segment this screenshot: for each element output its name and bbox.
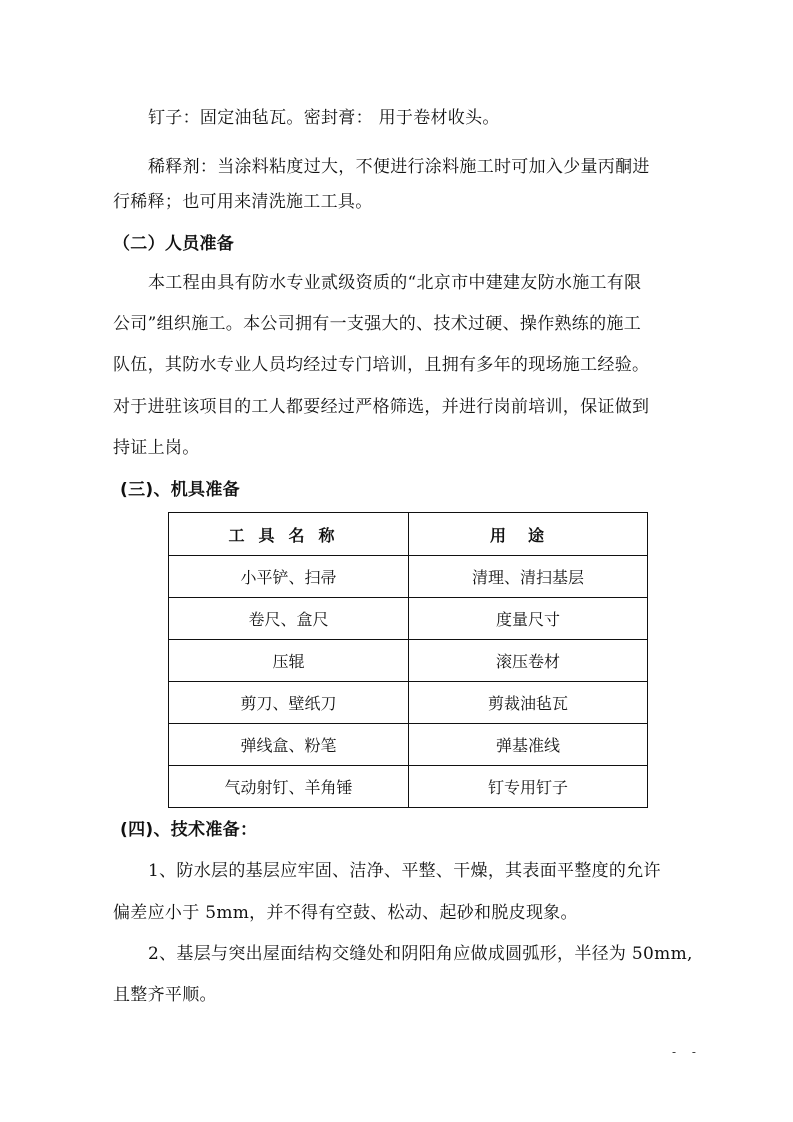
table-row: 压辊 滚压卷材 <box>169 640 648 682</box>
tool-name-cell: 弹线盒、粉笔 <box>169 724 409 766</box>
tool-name-cell: 气动射钉、羊角锤 <box>169 766 409 808</box>
section-heading-equipment: (三)、机具准备 <box>120 480 240 500</box>
paragraph-personnel-line5: 持证上岗。 <box>113 438 200 458</box>
table-row: 小平铲、扫帚 清理、清扫基层 <box>169 556 648 598</box>
tool-name-cell: 卷尺、盒尺 <box>169 598 409 640</box>
table-header-row: 工具名称 用途 <box>169 513 648 556</box>
equipment-table: 工具名称 用途 小平铲、扫帚 清理、清扫基层 卷尺、盒尺 度量尺寸 压辊 滚压卷… <box>168 512 648 808</box>
paragraph-tech1-line1: 1、防水层的基层应牢固、洁净、平整、干燥，其表面平整度的允许 <box>148 861 661 881</box>
section-heading-technical: (四)、技术准备： <box>120 820 257 840</box>
paragraph-personnel-line2: 公司”组织施工。本公司拥有一支强大的、技术过硬、操作熟练的施工 <box>113 314 641 334</box>
paragraph-thinner-line1: 稀释剂：当涂料粘度过大，不便进行涂料施工时可加入少量丙酮进 <box>148 157 650 177</box>
section-heading-personnel: （二）人员准备 <box>113 234 234 254</box>
paragraph-thinner-line2: 行稀释；也可用来清洗施工工具。 <box>113 192 373 212</box>
paragraph-tech2-line2: 且整齐平顺。 <box>113 985 217 1005</box>
paragraph-tech1-line2: 偏差应小于 5mm，并不得有空鼓、松动、起砂和脱皮现象。 <box>113 903 578 923</box>
tool-name-cell: 压辊 <box>169 640 409 682</box>
paragraph-tech2-line1: 2、基层与突出屋面结构交缝处和阴阳角应做成圆弧形，半径为 50mm, <box>148 944 693 964</box>
table-row: 弹线盒、粉笔 弹基准线 <box>169 724 648 766</box>
table-row: 剪刀、壁纸刀 剪裁油毡瓦 <box>169 682 648 724</box>
tool-purpose-cell: 度量尺寸 <box>409 598 648 640</box>
paragraph-nails: 钉子：固定油毡瓦。密封膏： 用于卷材收头。 <box>148 108 500 128</box>
tool-name-cell: 小平铲、扫帚 <box>169 556 409 598</box>
page-number-marker: - - <box>672 1045 702 1059</box>
tool-purpose-cell: 钉专用钉子 <box>409 766 648 808</box>
header-purpose: 用途 <box>409 513 648 556</box>
tool-purpose-cell: 清理、清扫基层 <box>409 556 648 598</box>
tool-purpose-cell: 剪裁油毡瓦 <box>409 682 648 724</box>
tool-purpose-cell: 弹基准线 <box>409 724 648 766</box>
table-row: 卷尺、盒尺 度量尺寸 <box>169 598 648 640</box>
paragraph-personnel-line4: 对于进驻该项目的工人都要经过严格筛选，并进行岗前培训，保证做到 <box>113 397 649 417</box>
paragraph-personnel-line3: 队伍，其防水专业人员均经过专门培训，且拥有多年的现场施工经验。 <box>113 355 649 375</box>
header-tool-name: 工具名称 <box>169 513 409 556</box>
tool-name-cell: 剪刀、壁纸刀 <box>169 682 409 724</box>
paragraph-personnel-line1: 本工程由具有防水专业贰级资质的“北京市中建建友防水施工有限 <box>148 273 641 293</box>
tool-purpose-cell: 滚压卷材 <box>409 640 648 682</box>
table-row: 气动射钉、羊角锤 钉专用钉子 <box>169 766 648 808</box>
